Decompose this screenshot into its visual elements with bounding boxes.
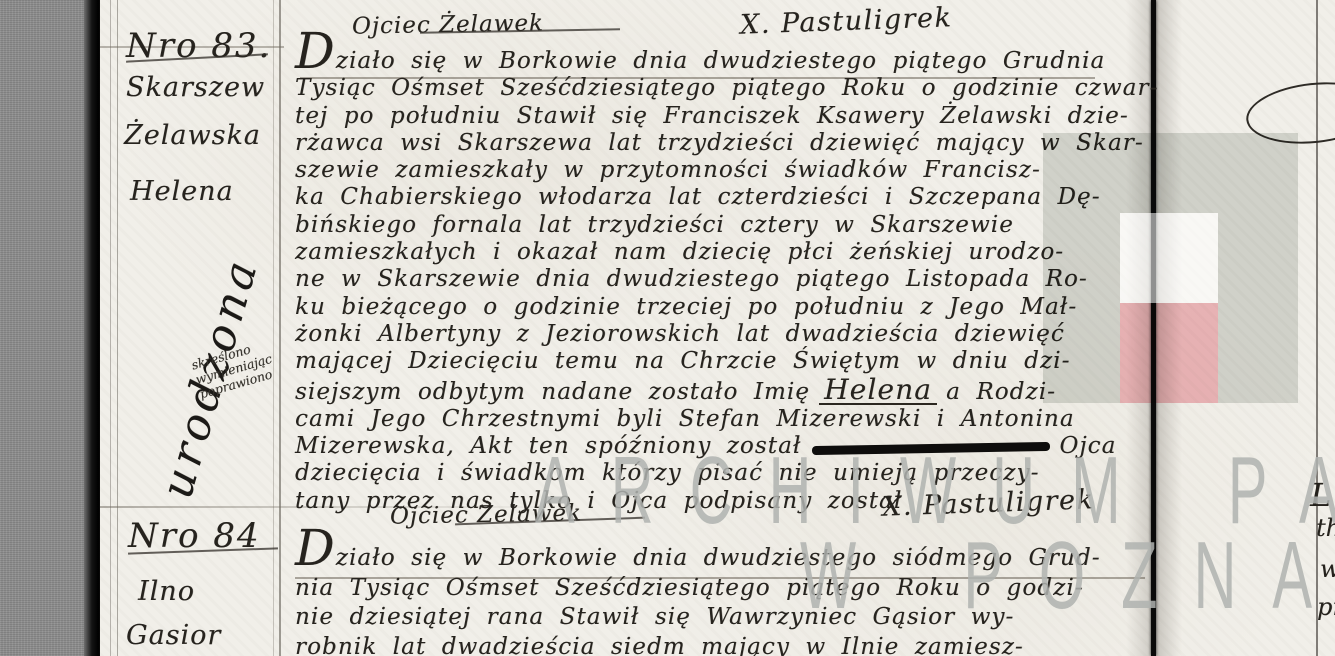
- act83-line-13: siejszym odbytym nadane zostało Imię Hel…: [295, 376, 1155, 406]
- watermark-gray-square-top: [1120, 133, 1218, 213]
- act83-line-11: żonki Albertyny z Jeziorowskich lat dwad…: [295, 321, 1155, 348]
- margin-rule-inner: [279, 0, 281, 656]
- left-edge-rule-2: [117, 0, 118, 656]
- act83-line-5: szewie zamieszkały w przytomności świadk…: [295, 157, 1155, 184]
- act84-margin-place: Ilno: [138, 576, 195, 607]
- scanner-background-strip: [0, 0, 86, 656]
- act83-line-9: ne w Skarszewie dnia dwudziestego piąteg…: [295, 266, 1155, 293]
- margin-rule-outer: [273, 0, 274, 656]
- watermark-text-line-2: W POZNA: [800, 528, 1335, 624]
- watermark-pink-square: [1120, 303, 1218, 403]
- watermark-gray-square-left: [1043, 133, 1120, 403]
- act83-line-8: zamieszkałych i okazał nam dziecię płci …: [295, 239, 1155, 266]
- act84-margin-surname: Gasior: [126, 620, 221, 651]
- left-edge-rule-1: [110, 0, 111, 656]
- act83-line-4: rżawca wsi Skarszewa lat trzydzieści dzi…: [295, 130, 1155, 157]
- act83-margin-surname: Żelawska: [124, 120, 261, 151]
- act83-line-13-tail: a Rodzi-: [946, 379, 1056, 406]
- act83-line-7: bińskiego fornala lat trzydzieści cztery…: [295, 212, 1155, 239]
- act83-child-name: Helena: [819, 376, 937, 405]
- watermark-white-square: [1120, 213, 1218, 303]
- act83-line-14: cami Jego Chrzestnymi byli Stefan Mizere…: [295, 406, 1155, 433]
- act83-line-3: tej po południu Stawił się Franciszek Ks…: [295, 103, 1155, 130]
- act83-line-10: ku bieżącego o godzinie trzeciej po połu…: [295, 294, 1155, 321]
- act83-margin-place: Skarszew: [126, 72, 265, 103]
- act83-header-father-signature: Ojciec Żelawek: [352, 10, 544, 39]
- act83-line-6: ka Chabierskiego włodarza lat czterdzieś…: [295, 184, 1155, 211]
- act83-line-12: mającej Dziecięciu temu na Chrzcie Święt…: [295, 348, 1155, 375]
- act83-line-2: Tysiąc Ośmset Sześćdziesiątego piątego R…: [295, 75, 1155, 102]
- act83-line-13-text: siejszym odbytym nadane zostało Imię: [295, 379, 810, 406]
- act83-margin-given-name: Helena: [130, 176, 234, 207]
- act84-line-4: robnik lat dwadzieścia siedm mający w Il…: [295, 633, 1155, 656]
- scanned-register-page: { "watermark": { "text_line1": "ARCHIWUM…: [0, 0, 1335, 656]
- act83-line-1: Działo się w Borkowie dnia dwudziestego …: [295, 48, 1155, 75]
- watermark-gray-square-right: [1218, 133, 1298, 403]
